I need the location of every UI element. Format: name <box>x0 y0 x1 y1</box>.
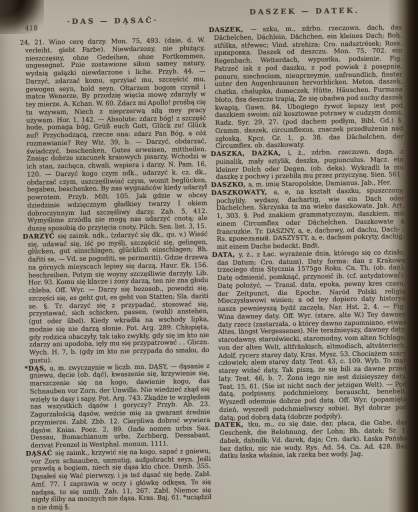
entry-headword: DASZEK, <box>209 26 250 34</box>
entry-headword: DASZKOWATY, <box>211 189 273 197</box>
dictionary-entry: DATA, y, ż., z Łac. wyrażenie dnia, któr… <box>212 249 407 422</box>
dictionary-entry: DASZKA, DAZKA, i, ż., zdrbn. rzeczown. d… <box>211 148 404 182</box>
dictionary-entry: *DĄS, u, m. zwyczaynie w liczb. mn. DĄSY… <box>25 363 211 451</box>
entry-body: tku, m., co się daie, dar, płaca, die Ga… <box>219 419 407 460</box>
entry-headword: DASZKO, <box>211 181 248 189</box>
entry-body: 24, 21. Wino cerę darzy. Mon. 75, 493. (… <box>20 37 208 232</box>
dictionary-entry: DASZEK, — szku, m., zdrbn. rzeczown. dac… <box>209 24 404 151</box>
dictionary-entry: DATEK, tku, m., co się daie, dar, płaca,… <box>214 419 408 460</box>
dictionary-entry: DASZKOWATY, a, e, na kształt daszku, spu… <box>211 187 405 252</box>
entry-headword: DĄSAĆ <box>26 450 56 457</box>
entry-body: a, e, na kształt daszku, spuszczony, poc… <box>216 187 405 251</box>
entry-headword: DASZKA, DAZKA, <box>211 150 288 158</box>
entry-headword: DATA, <box>212 251 239 258</box>
entry-body: u, m. zwyczaynie w liczb. mn. DĄSY, — dą… <box>30 363 211 450</box>
entry-headword: *DĄS, <box>25 365 50 372</box>
dictionary-entry: 24, 21. Wino cerę darzy. Mon. 75, 493. (… <box>20 37 208 233</box>
entry-body: się zaimk., krzywić się na kogo, sapać z… <box>31 448 212 512</box>
dictionary-entry: DARZYĆ się zaimk. ndk., (zdarzyć się dk.… <box>23 231 210 365</box>
entry-headword: DATEK, <box>214 422 248 429</box>
entry-body: — szku, m., zdrbn. rzeczown. dach, das D… <box>214 24 403 150</box>
left-column: 24, 21. Wino cerę darzy. Mon. 75, 493. (… <box>20 37 212 512</box>
page-sheet: 418 ·DAS — DĄSAĆ· DASZEK — DATEK. 24, 21… <box>0 0 418 512</box>
entry-headword: DARZYĆ <box>23 233 58 240</box>
entry-body: y, ż., z Łac. wyrażenie dnia, którego si… <box>217 249 407 421</box>
dictionary-entry: DĄSAĆ się zaimk., krzywić się na kogo, s… <box>26 448 212 512</box>
running-head-right: DASZEK — DATEK. <box>209 5 401 17</box>
entry-body: się zaimk. ndk., (zdarzyć się dk., qu. v… <box>28 231 210 365</box>
running-head-left: ·DAS — DĄSAĆ· <box>21 15 205 27</box>
right-column: DASZEK, — szku, m., zdrbn. rzeczown. dac… <box>209 24 408 461</box>
scanned-page: 418 ·DAS — DĄSAĆ· DASZEK — DATEK. 24, 21… <box>0 0 418 512</box>
